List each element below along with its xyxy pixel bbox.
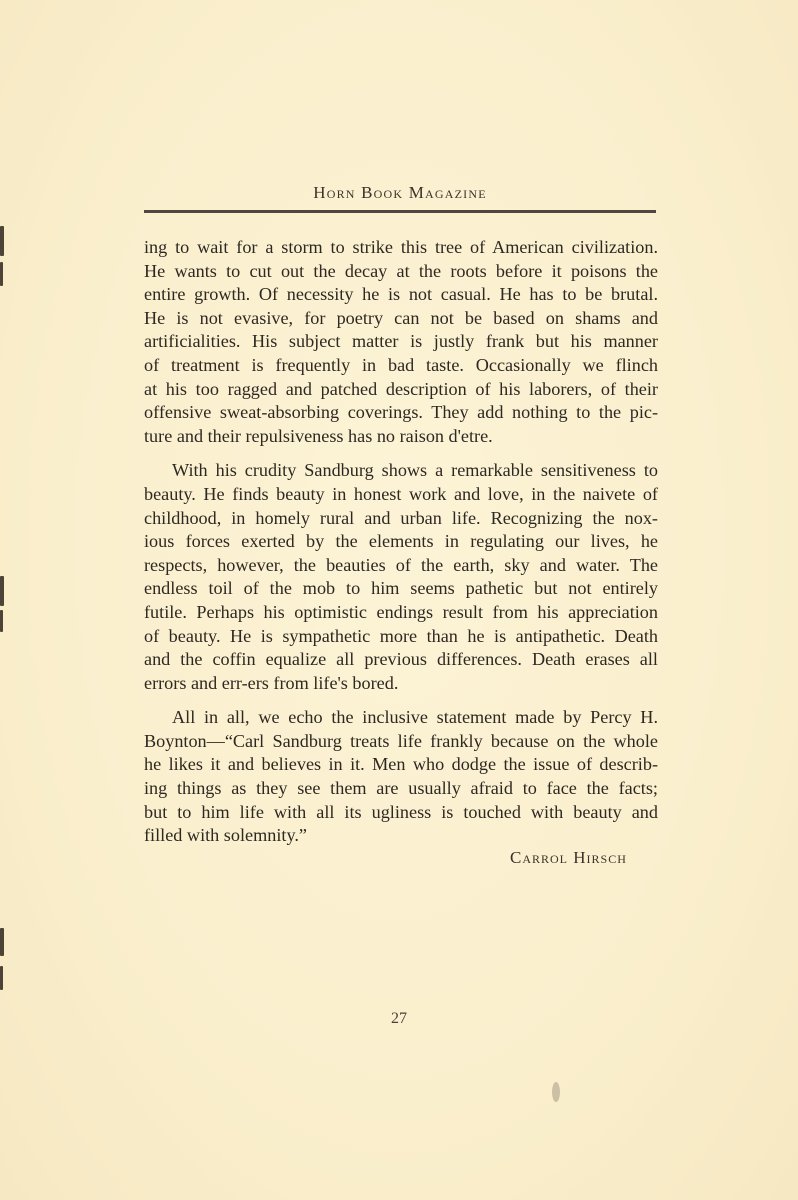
text-line: ing to wait for a storm to strike this t… [144, 236, 658, 260]
text-line: All in all, we echo the inclusive statem… [144, 706, 658, 730]
text-line: filled with solemnity.” [144, 824, 658, 848]
text-line: futile. Perhaps his optimistic endings r… [144, 601, 658, 625]
article-body: ing to wait for a storm to strike this t… [144, 236, 658, 848]
text-line: childhood, in homely rural and urban lif… [144, 507, 658, 531]
text-line: With his crudity Sandburg shows a remark… [144, 459, 658, 483]
text-line: ing things as they see them are usually … [144, 777, 658, 801]
paragraph-3: All in all, we echo the inclusive statem… [144, 706, 658, 848]
text-line: but to him life with all its ugliness is… [144, 801, 658, 825]
text-line: he likes it and believes in it. Men who … [144, 753, 658, 777]
scanned-page: Horn Book Magazine ing to wait for a sto… [0, 0, 798, 1200]
text-line: of beauty. He is sympathetic more than h… [144, 625, 658, 649]
text-line: of treatment is frequently in bad taste.… [144, 354, 658, 378]
text-line: at his too ragged and patched descriptio… [144, 378, 658, 402]
running-head: Horn Book Magazine [144, 183, 656, 203]
text-line: artificialities. His subject matter is j… [144, 330, 658, 354]
text-line: ture and their repulsiveness has no rais… [144, 425, 658, 449]
paragraph-1: ing to wait for a storm to strike this t… [144, 236, 658, 448]
text-line: and the coffin equalize all previous dif… [144, 648, 658, 672]
paragraph-2: With his crudity Sandburg shows a remark… [144, 459, 658, 695]
binding-mark [0, 928, 4, 956]
text-line: respects, however, the beauties of the e… [144, 554, 658, 578]
text-line: ious forces exerted by the elements in r… [144, 530, 658, 554]
text-line: He is not evasive, for poetry can not be… [144, 307, 658, 331]
binding-mark [0, 576, 4, 606]
text-line: endless toil of the mob to him seems pat… [144, 577, 658, 601]
text-line: errors and err-ers from life's bored. [144, 672, 658, 696]
text-line: offensive sweat-absorbing coverings. The… [144, 401, 658, 425]
binding-mark [0, 226, 4, 256]
binding-mark [0, 966, 3, 990]
page-number: 27 [0, 1010, 798, 1028]
author-signature: Carrol Hirsch [510, 848, 627, 868]
binding-mark [0, 262, 3, 286]
binding-mark [0, 610, 3, 632]
text-line: Boynton—“Carl Sandburg treats life frank… [144, 730, 658, 754]
text-line: beauty. He finds beauty in honest work a… [144, 483, 658, 507]
text-line: He wants to cut out the decay at the roo… [144, 260, 658, 284]
header-rule [144, 210, 656, 213]
text-line: entire growth. Of necessity he is not ca… [144, 283, 658, 307]
ink-smudge [552, 1082, 560, 1102]
